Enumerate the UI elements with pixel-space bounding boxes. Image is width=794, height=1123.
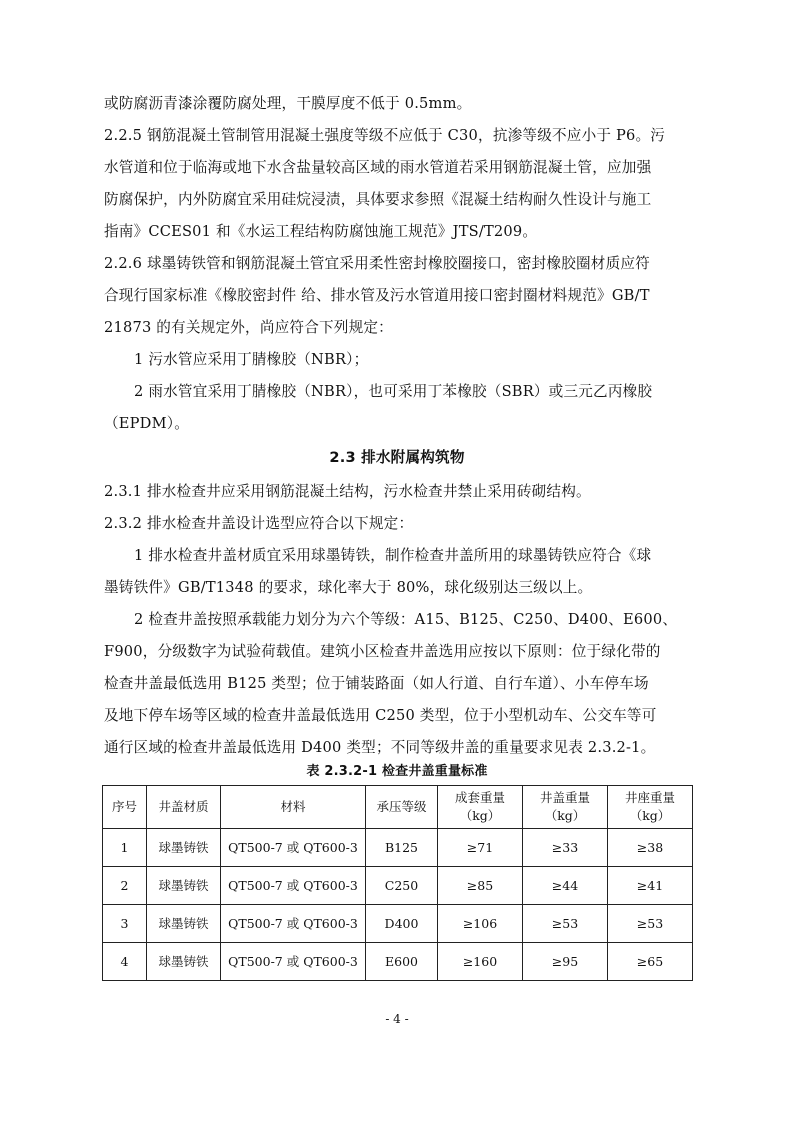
- paragraph-line: 或防腐沥青漆涂覆防腐处理，干膜厚度不低于 0.5mm。: [104, 94, 694, 114]
- section-heading: 2.3 排水附属构筑物: [0, 448, 794, 468]
- table-caption: 表 2.3.2-1 检查井盖重量标准: [0, 762, 794, 782]
- cell-cover-material: 球墨铸铁: [147, 943, 221, 981]
- cell-material: QT500-7 或 QT600-3: [221, 867, 366, 905]
- cell-cover-weight: ≥95: [523, 943, 608, 981]
- cell-index: 2: [103, 867, 147, 905]
- cell-frame-weight: ≥65: [608, 943, 693, 981]
- cell-load-class: D400: [366, 905, 438, 943]
- list-item: 1 排水检查井盖材质宜采用球墨铸铁，制作检查井盖所用的球墨铸铁应符合《球: [134, 546, 724, 566]
- list-item-continuation: 检查井盖最低选用 B125 类型；位于铺装路面（如人行道、自行车道）、小车停车场: [104, 674, 694, 694]
- header-load-class: 承压等级: [366, 786, 438, 829]
- list-item-continuation: 通行区域的检查井盖最低选用 D400 类型；不同等级井盖的重量要求见表 2.3.…: [104, 738, 694, 758]
- list-item-continuation: F900，分级数字为试验荷载值。建筑小区检查井盖选用应按以下原则：位于绿化带的: [104, 642, 694, 662]
- cell-set-weight: ≥106: [438, 905, 523, 943]
- paragraph-line: 合现行国家标准《橡胶密封件 给、排水管及污水管道用接口密封圈材料规范》GB/T: [104, 286, 694, 306]
- table-row: 3 球墨铸铁 QT500-7 或 QT600-3 D400 ≥106 ≥53 ≥…: [103, 905, 693, 943]
- list-item-continuation: 墨铸铁件》GB/T1348 的要求，球化率大于 80%，球化级别达三级以上。: [104, 578, 694, 598]
- cell-frame-weight: ≥41: [608, 867, 693, 905]
- header-index: 序号: [103, 786, 147, 829]
- header-cover-weight: 井盖重量（kg）: [523, 786, 608, 829]
- page-number: - 4 -: [0, 1012, 794, 1026]
- header-frame-weight: 井座重量（kg）: [608, 786, 693, 829]
- cell-cover-material: 球墨铸铁: [147, 829, 221, 867]
- paragraph-line: 指南》CCES01 和《水运工程结构防腐蚀施工规范》JTS/T209。: [104, 222, 694, 242]
- cell-material: QT500-7 或 QT600-3: [221, 905, 366, 943]
- list-item: 1 污水管应采用丁腈橡胶（NBR）；: [134, 350, 724, 370]
- cell-load-class: C250: [366, 867, 438, 905]
- paragraph-line: 2.3.1 排水检查井应采用钢筋混凝土结构，污水检查井禁止采用砖砌结构。: [104, 482, 694, 502]
- cell-frame-weight: ≥38: [608, 829, 693, 867]
- cell-frame-weight: ≥53: [608, 905, 693, 943]
- cell-index: 4: [103, 943, 147, 981]
- document-page: 或防腐沥青漆涂覆防腐处理，干膜厚度不低于 0.5mm。 2.2.5 钢筋混凝土管…: [0, 0, 794, 1123]
- header-cover-material: 井盖材质: [147, 786, 221, 829]
- header-set-weight: 成套重量（kg）: [438, 786, 523, 829]
- paragraph-line: 21873 的有关规定外，尚应符合下列规定：: [104, 318, 694, 338]
- list-item: 2 雨水管宜采用丁腈橡胶（NBR），也可采用丁苯橡胶（SBR）或三元乙丙橡胶: [134, 382, 724, 402]
- paragraph-line: 水管道和位于临海或地下水含盐量较高区域的雨水管道若采用钢筋混凝土管，应加强: [104, 158, 694, 178]
- paragraph-line: 2.3.2 排水检查井盖设计选型应符合以下规定：: [104, 514, 694, 534]
- table-row: 4 球墨铸铁 QT500-7 或 QT600-3 E600 ≥160 ≥95 ≥…: [103, 943, 693, 981]
- cell-load-class: E600: [366, 943, 438, 981]
- cell-cover-weight: ≥44: [523, 867, 608, 905]
- list-item-continuation: （EPDM）。: [104, 414, 694, 434]
- table-row: 1 球墨铸铁 QT500-7 或 QT600-3 B125 ≥71 ≥33 ≥3…: [103, 829, 693, 867]
- cell-index: 1: [103, 829, 147, 867]
- cell-load-class: B125: [366, 829, 438, 867]
- table-header-row: 序号 井盖材质 材料 承压等级 成套重量（kg） 井盖重量（kg） 井座重量（k…: [103, 786, 693, 829]
- cell-cover-material: 球墨铸铁: [147, 905, 221, 943]
- paragraph-line: 2.2.6 球墨铸铁管和钢筋混凝土管宜采用柔性密封橡胶圈接口，密封橡胶圈材质应符: [104, 254, 694, 274]
- cell-set-weight: ≥160: [438, 943, 523, 981]
- cell-cover-weight: ≥33: [523, 829, 608, 867]
- paragraph-line: 防腐保护，内外防腐宜采用硅烷浸渍，具体要求参照《混凝土结构耐久性设计与施工: [104, 190, 694, 210]
- cell-material: QT500-7 或 QT600-3: [221, 829, 366, 867]
- list-item-continuation: 及地下停车场等区域的检查井盖最低选用 C250 类型，位于小型机动车、公交车等可: [104, 706, 694, 726]
- cell-set-weight: ≥85: [438, 867, 523, 905]
- weight-standard-table: 序号 井盖材质 材料 承压等级 成套重量（kg） 井盖重量（kg） 井座重量（k…: [102, 785, 693, 981]
- cell-index: 3: [103, 905, 147, 943]
- cell-cover-material: 球墨铸铁: [147, 867, 221, 905]
- list-item: 2 检查井盖按照承载能力划分为六个等级：A15、B125、C250、D400、E…: [134, 610, 724, 630]
- paragraph-line: 2.2.5 钢筋混凝土管制管用混凝土强度等级不应低于 C30，抗渗等级不应小于 …: [104, 126, 694, 146]
- cell-cover-weight: ≥53: [523, 905, 608, 943]
- header-material: 材料: [221, 786, 366, 829]
- table-row: 2 球墨铸铁 QT500-7 或 QT600-3 C250 ≥85 ≥44 ≥4…: [103, 867, 693, 905]
- cell-set-weight: ≥71: [438, 829, 523, 867]
- cell-material: QT500-7 或 QT600-3: [221, 943, 366, 981]
